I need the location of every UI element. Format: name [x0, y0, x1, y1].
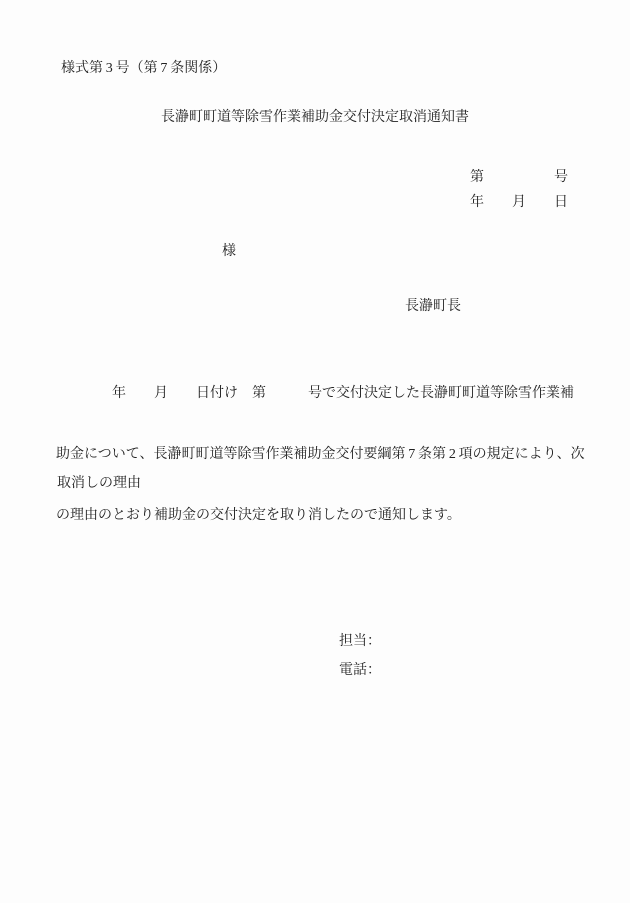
addressee-honorific: 様 [222, 244, 236, 260]
date-blank: 年 月 日 [470, 195, 568, 211]
cancellation-reason-label: 取消しの理由 [57, 476, 141, 492]
document-number-blank: 第 号 [470, 170, 568, 186]
contact-person-label: 担当： [339, 634, 381, 650]
body-line-2: 助金について、長瀞町町道等除雪作業補助金交付要綱第 7 条第 2 項の規定により… [56, 440, 580, 469]
document-page: 様式第 3 号（第 7 条関係） 長瀞町町道等除雪作業補助金交付決定取消通知書 … [0, 0, 630, 903]
contact-phone-label: 電話： [339, 663, 381, 679]
form-number: 様式第 3 号（第 7 条関係） [61, 61, 226, 77]
body-line-3: の理由のとおり補助金の交付決定を取り消したので通知します。 [56, 501, 580, 530]
sender-title: 長瀞町長 [405, 299, 461, 315]
body-line-1: 年 月 日付け 第 号で交付決定した長瀞町町道等除雪作業補 [56, 379, 580, 408]
document-title: 長瀞町町道等除雪作業補助金交付決定取消通知書 [0, 110, 630, 126]
body-paragraph: 年 月 日付け 第 号で交付決定した長瀞町町道等除雪作業補 助金について、長瀞町… [56, 347, 580, 562]
